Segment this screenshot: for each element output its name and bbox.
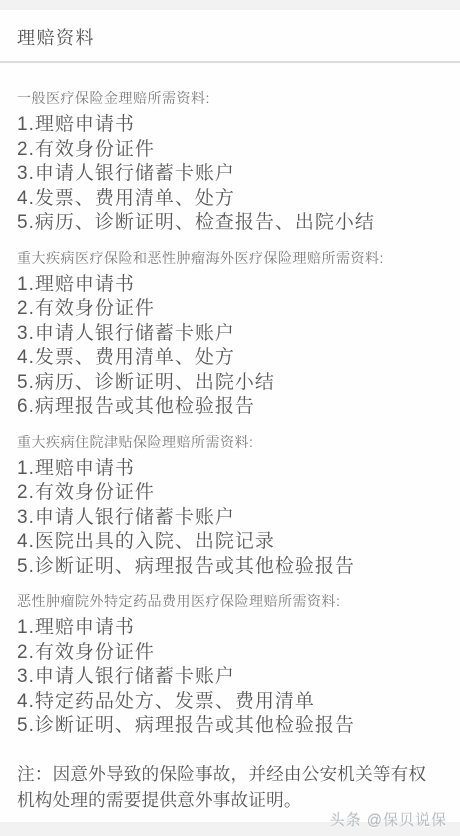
list-item: 3.申请人银行储蓄卡账户 [17,665,443,690]
claim-materials-content: 一般医疗保险金理赔所需资料: 1.理赔申请书 2.有效身份证件 3.申请人银行储… [0,63,460,813]
list-item: 4.医院出具的入院、出院记录 [17,530,443,555]
section-heading: 恶性肿瘤院外特定药品费用医疗保险理赔所需资料: [17,592,443,611]
item-list: 1.理赔申请书 2.有效身份证件 3.申请人银行储蓄卡账户 4.发票、费用清单、… [17,113,443,236]
list-item: 4.发票、费用清单、处方 [17,346,443,371]
section-critical-illness-overseas: 重大疾病医疗保险和恶性肿瘤海外医疗保险理赔所需资料: 1.理赔申请书 2.有效身… [17,249,443,420]
section-heading: 重大疾病医疗保险和恶性肿瘤海外医疗保险理赔所需资料: [17,249,443,268]
section-heading: 一般医疗保险金理赔所需资料: [17,89,443,108]
list-item: 3.申请人银行储蓄卡账户 [17,162,443,187]
list-item: 2.有效身份证件 [17,297,443,322]
list-item: 5.病历、诊断证明、出院小结 [17,371,443,396]
list-item: 1.理赔申请书 [17,457,443,482]
accident-note: 注：因意外导致的保险事故，并经由公安机关等有权机构处理的需要提供意外事故证明。 [17,761,443,813]
item-list: 1.理赔申请书 2.有效身份证件 3.申请人银行储蓄卡账户 4.医院出具的入院、… [17,457,443,580]
content-card: 理赔资料 一般医疗保险金理赔所需资料: 1.理赔申请书 2.有效身份证件 3.申… [0,10,460,822]
list-item: 5.诊断证明、病理报告或其他检验报告 [17,555,443,580]
page-header: 理赔资料 [0,10,460,49]
section-general-medical: 一般医疗保险金理赔所需资料: 1.理赔申请书 2.有效身份证件 3.申请人银行储… [17,89,443,236]
list-item: 2.有效身份证件 [17,138,443,163]
list-item: 1.理赔申请书 [17,273,443,298]
list-item: 2.有效身份证件 [17,481,443,506]
page-title: 理赔资料 [17,27,443,49]
section-heading: 重大疾病住院津贴保险理赔所需资料: [17,433,443,452]
list-item: 1.理赔申请书 [17,113,443,138]
list-item: 4.特定药品处方、发票、费用清单 [17,690,443,715]
list-item: 1.理赔申请书 [17,616,443,641]
list-item: 2.有效身份证件 [17,641,443,666]
list-item: 5.诊断证明、病理报告或其他检验报告 [17,714,443,739]
item-list: 1.理赔申请书 2.有效身份证件 3.申请人银行储蓄卡账户 4.特定药品处方、发… [17,616,443,739]
list-item: 3.申请人银行储蓄卡账户 [17,506,443,531]
item-list: 1.理赔申请书 2.有效身份证件 3.申请人银行储蓄卡账户 4.发票、费用清单、… [17,273,443,420]
section-hospital-allowance: 重大疾病住院津贴保险理赔所需资料: 1.理赔申请书 2.有效身份证件 3.申请人… [17,433,443,580]
list-item: 3.申请人银行储蓄卡账户 [17,322,443,347]
list-item: 4.发票、费用清单、处方 [17,187,443,212]
section-special-drugs: 恶性肿瘤院外特定药品费用医疗保险理赔所需资料: 1.理赔申请书 2.有效身份证件… [17,592,443,739]
list-item: 6.病理报告或其他检验报告 [17,395,443,420]
list-item: 5.病历、诊断证明、检查报告、出院小结 [17,211,443,236]
toutiao-watermark: 头条 @保贝说保 [330,809,447,830]
